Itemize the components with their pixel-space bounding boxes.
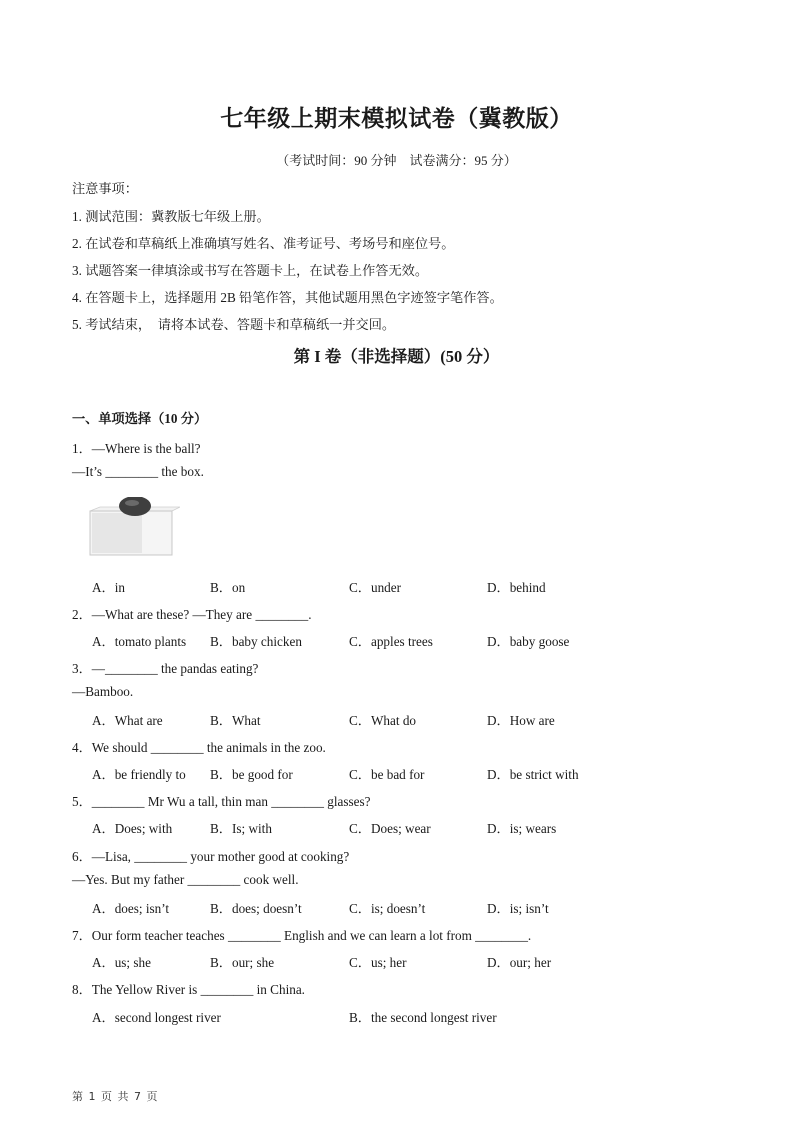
- question-5-line: 5．________ Mr Wu a tall, thin man ______…: [72, 791, 370, 810]
- question-3-line: 3．—________ the pandas eating?: [72, 658, 258, 677]
- ball-on-box-image: [80, 497, 180, 559]
- question-6-line: —Yes. But my father ________ cook well.: [72, 872, 299, 888]
- option-a: A．What are: [92, 710, 163, 729]
- option-d: D．behind: [487, 577, 546, 596]
- option-d: D．be strict with: [487, 764, 579, 783]
- option-c: C．What do: [349, 710, 416, 729]
- exam-title: 七年级上期末模拟试卷（冀教版）: [0, 100, 793, 133]
- question-4-line: 4．We should ________ the animals in the …: [72, 737, 326, 756]
- option-a: A．be friendly to: [92, 764, 186, 783]
- question-1-line: 1．—Where is the ball?: [72, 438, 201, 457]
- option-b: B．What: [210, 710, 261, 729]
- question-8-line: 8．The Yellow River is ________ in China.: [72, 979, 305, 998]
- question-3-line: —Bamboo.: [72, 684, 133, 700]
- option-d: D．is; wears: [487, 818, 556, 837]
- section-title: 第 I 卷（非选择题）(50 分）: [0, 343, 793, 367]
- exam-subtitle: （考试时间：90 分钟 试卷满分：95 分）: [0, 150, 793, 169]
- option-c: C．is; doesn’t: [349, 898, 425, 917]
- option-d: D．our; her: [487, 952, 551, 971]
- question-7-line: 7．Our form teacher teaches ________ Engl…: [72, 925, 531, 944]
- option-c: C．apples trees: [349, 631, 433, 650]
- option-b: B．Is; with: [210, 818, 272, 837]
- option-b: B．baby chicken: [210, 631, 302, 650]
- option-a: A．tomato plants: [92, 631, 186, 650]
- question-2-line: 2．—What are these? —They are ________.: [72, 604, 312, 623]
- option-b: B．does; doesn’t: [210, 898, 302, 917]
- option-d: D．baby goose: [487, 631, 569, 650]
- option-a: A．second longest river: [92, 1007, 221, 1026]
- option-a: A．Does; with: [92, 818, 172, 837]
- option-a: A．does; isn’t: [92, 898, 169, 917]
- option-d: D．How are: [487, 710, 555, 729]
- note-item: 5. 考试结束， 请将本试卷、答题卡和草稿纸一并交回。: [72, 314, 395, 333]
- option-b: B．the second longest river: [349, 1007, 497, 1026]
- notes-heading: 注意事项：: [72, 178, 138, 197]
- option-b: B．on: [210, 577, 245, 596]
- question-1-line: —It’s ________ the box.: [72, 464, 204, 480]
- option-d: D．is; isn’t: [487, 898, 549, 917]
- question-6-line: 6．—Lisa, ________ your mother good at co…: [72, 846, 349, 865]
- note-item: 4. 在答题卡上，选择题用 2B 铅笔作答，其他试题用黑色字迹签字笔作答。: [72, 287, 503, 306]
- note-item: 1. 测试范围：冀教版七年级上册。: [72, 206, 270, 225]
- option-b: B．be good for: [210, 764, 293, 783]
- note-item: 2. 在试卷和草稿纸上准确填写姓名、准考证号、考场号和座位号。: [72, 233, 454, 252]
- option-c: C．us; her: [349, 952, 407, 971]
- page-number: 第 1 页 共 7 页: [72, 1088, 158, 1104]
- option-b: B．our; she: [210, 952, 274, 971]
- note-item: 3. 试题答案一律填涂或书写在答题卡上，在试卷上作答无效。: [72, 260, 428, 279]
- option-c: C．be bad for: [349, 764, 424, 783]
- option-a: A．us; she: [92, 952, 151, 971]
- option-a: A．in: [92, 577, 125, 596]
- option-c: C．under: [349, 577, 401, 596]
- part-heading: 一、单项选择（10 分）: [72, 408, 207, 427]
- option-c: C．Does; wear: [349, 818, 431, 837]
